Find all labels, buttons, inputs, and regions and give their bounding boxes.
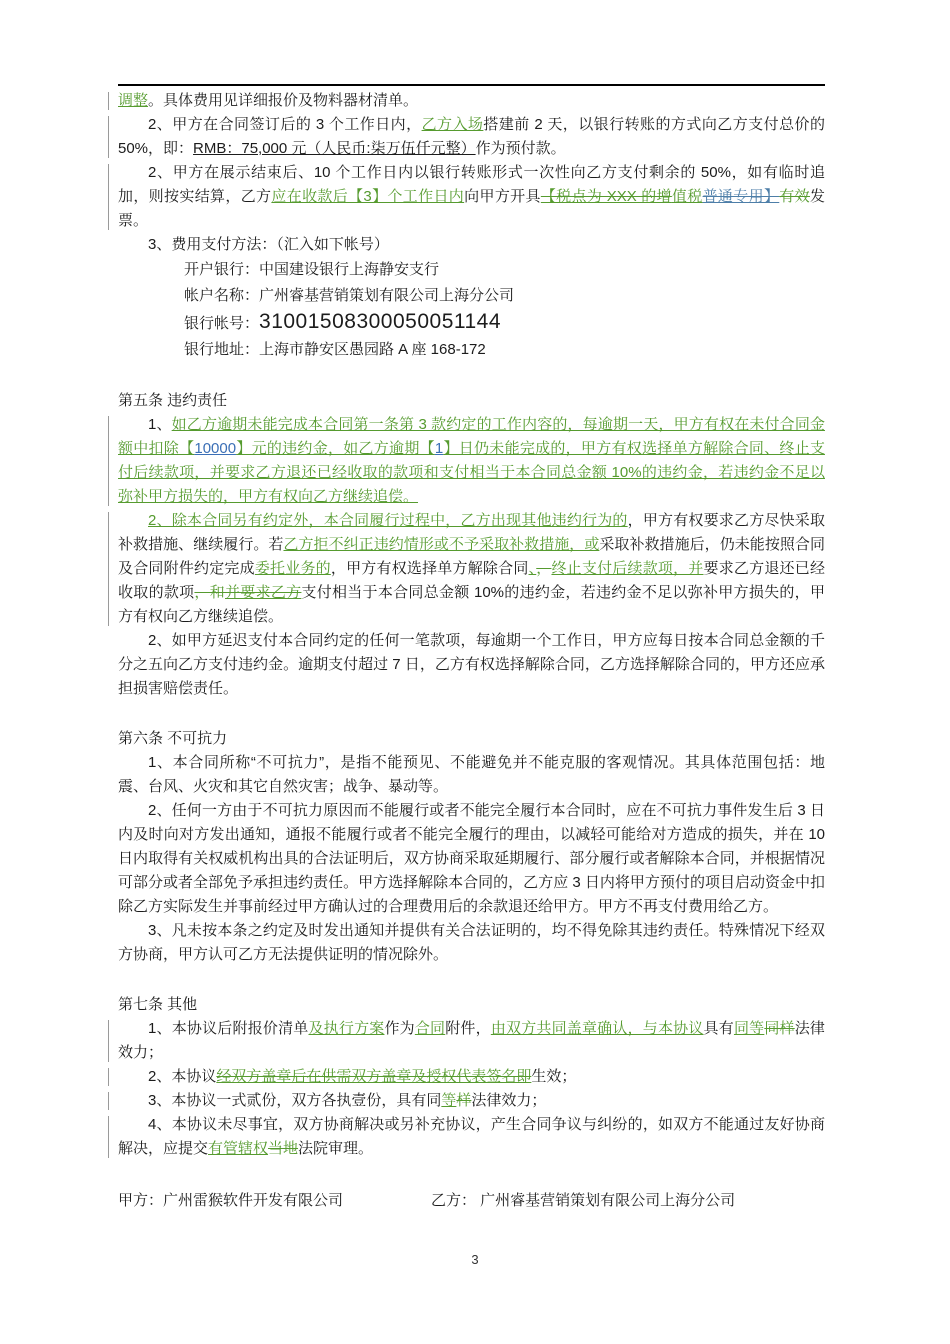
text-run: RMB：75,000 元（人民币:柒万伍仟元整）: [193, 140, 476, 157]
page-number: 3: [0, 1252, 950, 1267]
party-a-label: 甲方：广州雷猴软件开发有限公司: [118, 1189, 343, 1213]
text-run: 具有: [704, 1020, 734, 1037]
text-run: 3、本协议一式贰份，双方各执壹份，具有同: [148, 1092, 441, 1109]
text-run: 1、本协议后附报价清单: [148, 1020, 308, 1037]
bank-address-line: 银行地址：上海市静安区愚园路 A 座 168-172: [118, 337, 825, 363]
account-name-line: 帐户名称：广州睿基营销策划有限公司上海分公司: [118, 283, 825, 309]
heading-article-6: 第六条 不可抗力: [118, 727, 825, 751]
text-run: 银行地址：上海市静安区愚园路 A 座 168-172: [184, 341, 486, 358]
text-run: 有管辖权: [208, 1140, 268, 1157]
text-run: 向甲方开具: [464, 188, 541, 205]
text-run: 2、除本合同另有约定外，本合同履行过程中，乙方出现其他违约行为的: [148, 512, 628, 529]
article5-clause-2: 2、除本合同另有约定外，本合同履行过程中，乙方出现其他违约行为的，甲方有权要求乙…: [118, 509, 825, 629]
article7-clause-1: 1、本协议后附报价清单及执行方案作为合同附件，由双方共同盖章确认，与本协议具有同…: [118, 1017, 825, 1065]
text-run: 乙方拒不纠正违约情形或不予采取补救措施，或: [283, 536, 599, 553]
article5-clause-1: 1、如乙方逾期未能完成本合同第一条第 3 款约定的工作内容的，每逾期一天，甲方有…: [118, 413, 825, 509]
text-run: 等: [441, 1092, 456, 1109]
text-run: 并要求乙方: [225, 584, 301, 601]
contract-page: 调整。具体费用见详细报价及物料器材清单。2、甲方在合同签订后的 3 个工作日内，…: [0, 0, 950, 1344]
text-run: ，甲方有权选择单方解除合同: [331, 560, 529, 577]
article6-clause-3: 3、凡未按本条之约定及时发出通知并提供有关合法证明的，均不得免除其违约责任。特殊…: [118, 919, 825, 967]
text-run: 1: [435, 440, 443, 457]
text-run: 第六条 不可抗力: [118, 730, 227, 747]
heading-article-5: 第五条 违约责任: [118, 389, 825, 413]
text-run: 值税: [672, 188, 703, 205]
payment-method-clause: 3、费用支付方法：（汇入如下帐号）: [118, 233, 825, 257]
text-run: 2、任何一方由于不可抗力原因而不能履行或者不能完全履行本合同时，应在不可抗力事件…: [118, 802, 825, 915]
text-run: 1、: [148, 416, 172, 433]
text-run: 2、本协议: [148, 1068, 216, 1085]
article7-clause-4: 4、本协议未尽事宜，双方协商解决或另补充协议，产生合同争议与纠纷的，如双方不能通…: [118, 1113, 825, 1161]
text-run: 当地: [268, 1140, 298, 1157]
text-run: 31001508300050051144: [259, 310, 501, 333]
account-number-line: 银行帐号：31001508300050051144: [118, 309, 825, 337]
heading-article-7: 第七条 其他: [118, 993, 825, 1017]
text-run: 开户银行：中国建设银行上海静安支行: [184, 261, 439, 278]
text-run: 应在收款后【3】个工作日内: [271, 188, 464, 205]
text-run: 】元的违约金，如乙方逾期【: [236, 440, 435, 457]
content-area: 调整。具体费用见详细报价及物料器材清单。2、甲方在合同签订后的 3 个工作日内，…: [118, 84, 825, 1213]
party-b-label: 乙方： 广州睿基营销策划有限公司上海分公司: [431, 1189, 735, 1213]
text-run: 10000: [194, 440, 236, 457]
text-run: 终止支付后续款项，并: [551, 560, 703, 577]
article7-clause-2: 2、本协议经双方盖章后在供需双方盖章及授权代表签名即生效；: [118, 1065, 825, 1089]
text-run: 2、如甲方延迟支付本合同约定的任何一笔款项，每逾期一个工作日，甲方应每日按本合同…: [118, 632, 825, 697]
text-run: 帐户名称：广州睿基营销策划有限公司上海分公司: [184, 287, 514, 304]
text-run: 乙方入场: [422, 116, 484, 133]
text-run: 合同: [415, 1020, 445, 1037]
bank-name-line: 开户银行：中国建设银行上海静安支行: [118, 257, 825, 283]
article6-clause-1: 1、本合同所称“不可抗力”，是指不能预见、不能避免并不能克服的客观情况。其具体范…: [118, 751, 825, 799]
text-run: 第七条 其他: [118, 996, 197, 1013]
text-run: 作为预付款。: [476, 140, 566, 157]
text-run: 法院审理。: [298, 1140, 373, 1157]
text-run: 【税点为 XXX 的增: [541, 188, 672, 205]
text-run: 有效: [779, 188, 810, 205]
payment-balance-clause: 2、甲方在展示结束后、10 个工作日内以银行转账形式一次性向乙方支付剩余的 50…: [118, 161, 825, 233]
text-run: 经双方盖章后在供需双方盖章及授权代表签名即: [216, 1068, 531, 1085]
article5-clause-2b: 2、如甲方延迟支付本合同约定的任何一笔款项，每逾期一个工作日，甲方应每日按本合同…: [118, 629, 825, 701]
text-run: 附件，: [445, 1020, 491, 1037]
text-run: 由双方共同盖章确认，与本协议: [491, 1020, 704, 1037]
text-run: ，和: [194, 584, 225, 601]
payment-advance-clause: 2、甲方在合同签订后的 3 个工作日内，乙方入场搭建前 2 天，以银行转账的方式…: [118, 113, 825, 161]
text-run: 调整: [118, 92, 148, 109]
text-run: 样: [456, 1092, 471, 1109]
text-run: 法律效力；: [471, 1092, 546, 1109]
text-run: 委托业务的: [255, 560, 331, 577]
header-rule: [118, 84, 825, 86]
text-run: 同样: [764, 1020, 794, 1037]
text-run: 。具体费用见详细报价及物料器材清单。: [148, 92, 418, 109]
text-run: 2、甲方在合同签订后的 3 个工作日内，: [148, 116, 422, 133]
text-run: 3、凡未按本条之约定及时发出通知并提供有关合法证明的，均不得免除其违约责任。特殊…: [118, 922, 825, 963]
text-run: 1、本合同所称“不可抗力”，是指不能预见、不能避免并不能克服的客观情况。其具体范…: [118, 754, 825, 795]
text-run: 生效；: [531, 1068, 576, 1085]
text-run: 普通专用】: [703, 188, 780, 205]
article6-clause-2: 2、任何一方由于不可抗力原因而不能履行或者不能完全履行本合同时，应在不可抗力事件…: [118, 799, 825, 919]
signature-line: 甲方：广州雷猴软件开发有限公司 乙方： 广州睿基营销策划有限公司上海分公司: [118, 1189, 825, 1213]
document-body: 调整。具体费用见详细报价及物料器材清单。2、甲方在合同签订后的 3 个工作日内，…: [118, 89, 825, 1161]
text-run: ，: [536, 560, 551, 577]
text-run: 同等: [734, 1020, 764, 1037]
party-gap: [343, 1189, 431, 1213]
text-run: 银行帐号：: [184, 315, 259, 332]
text-run: 及执行方案: [308, 1020, 384, 1037]
article7-clause-3: 3、本协议一式贰份，双方各执壹份，具有同等样法律效力；: [118, 1089, 825, 1113]
continuation-paragraph: 调整。具体费用见详细报价及物料器材清单。: [118, 89, 825, 113]
text-run: 作为: [384, 1020, 414, 1037]
text-run: 3、费用支付方法：（汇入如下帐号）: [148, 236, 389, 253]
text-run: 第五条 违约责任: [118, 392, 227, 409]
